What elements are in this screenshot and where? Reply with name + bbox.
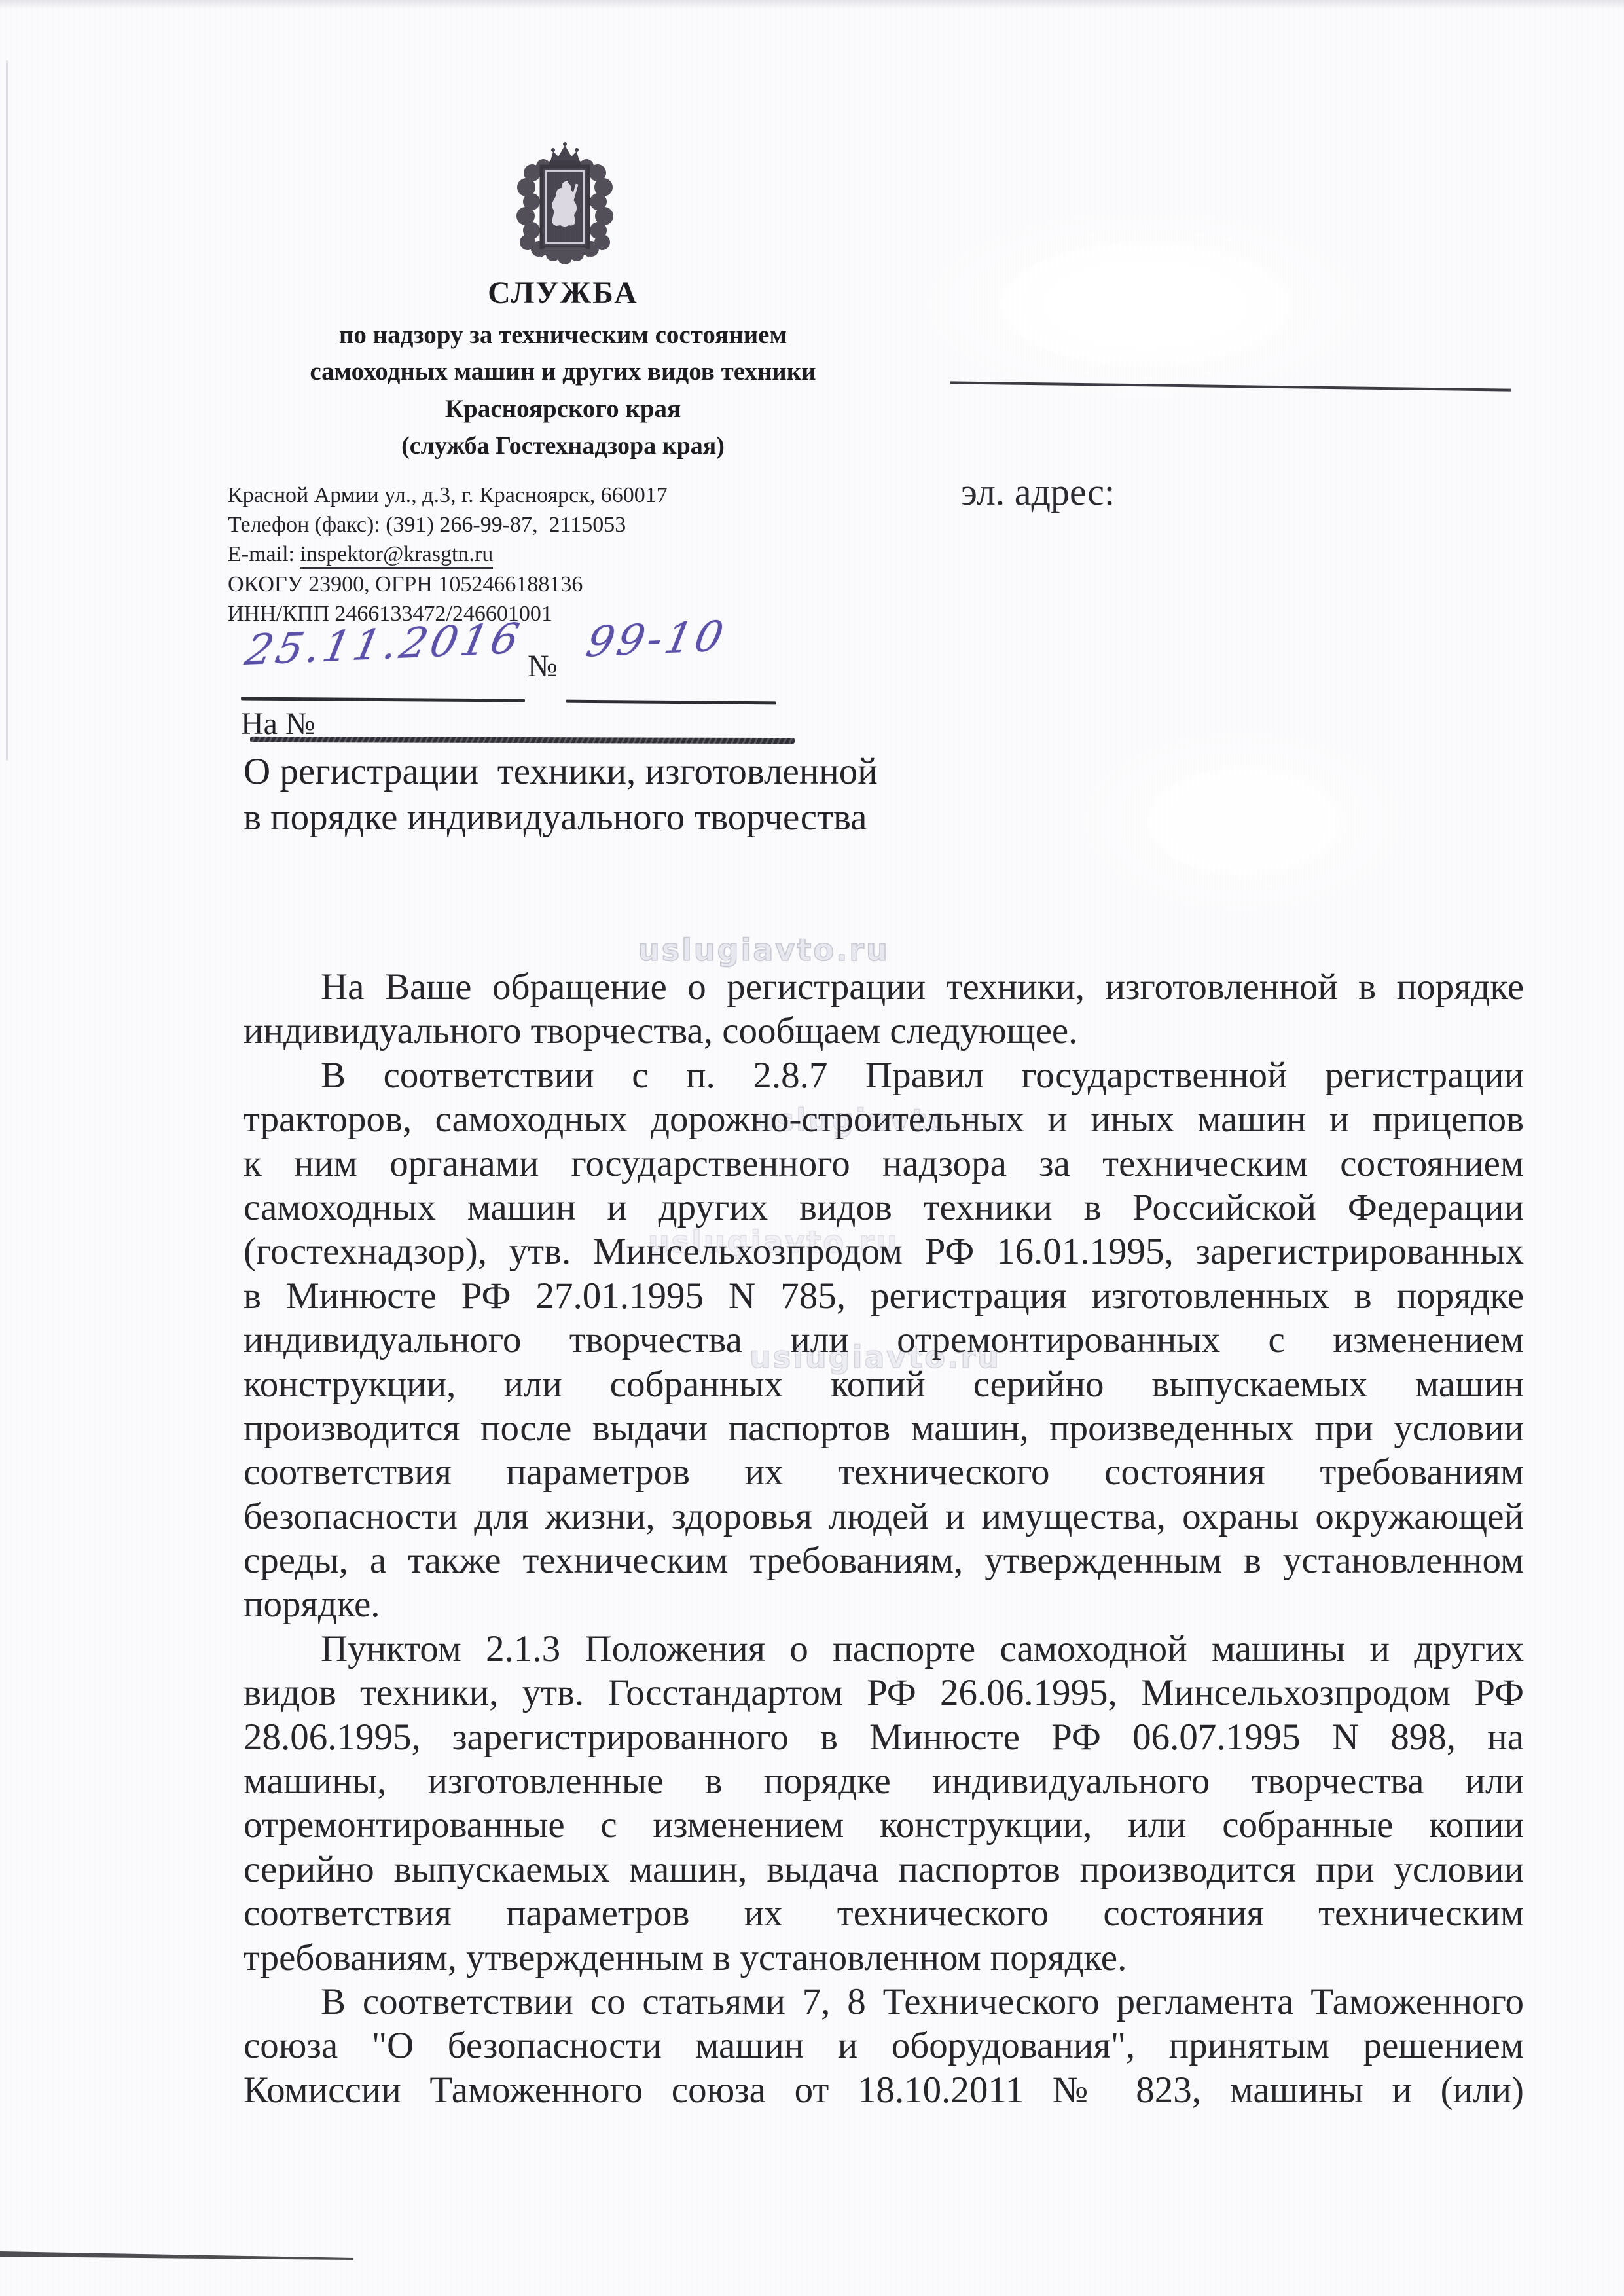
body-text-line: В соответствии с п. 2.8.7 Правил государ… <box>244 1053 1524 1097</box>
addressee-email-label: эл. адрес: <box>961 470 1115 514</box>
body-text-line: Комиссии Таможенного союза от 18.10.2011… <box>244 2068 1524 2112</box>
org-okogu-ogrn: ОКОГУ 23900, ОГРН 1052466188136 <box>228 572 583 597</box>
scan-white-blob-mid-right <box>1074 727 1414 917</box>
body-text-line: (гостехнадзор), утв. Минсельхозпродом РФ… <box>244 1230 1524 1273</box>
body-text-line: 28.06.1995, зарегистрированного в Минюст… <box>244 1715 1524 1759</box>
scanned-letter-page: СЛУЖБА по надзору за техническим состоян… <box>0 0 1624 2296</box>
body-text-line: индивидуального творчества или отремонти… <box>244 1318 1524 1362</box>
body-text-line: отремонтированные с изменением конструкц… <box>244 1803 1524 1847</box>
org-phone: Телефон (факс): (391) 266-99-87, 2115053 <box>228 513 626 538</box>
subject-line-2: в порядке индивидуального творчества <box>244 796 867 839</box>
body-text-line: производится после выдачи паспортов маши… <box>244 1406 1524 1450</box>
letter-body: На Ваше обращение о регистрации техники,… <box>244 965 1524 2112</box>
org-name-line4: Красноярского края <box>193 394 933 424</box>
scan-top-edge-artifact <box>0 0 1624 9</box>
org-postal-address: Красной Армии ул., д.3, г. Красноярск, 6… <box>228 483 668 508</box>
body-text-line: На Ваше обращение о регистрации техники,… <box>244 965 1524 1009</box>
body-text-line: тракторов, самоходных дорожно-строительн… <box>244 1097 1524 1141</box>
body-text-line: В соответствии со статьями 7, 8 Техничес… <box>244 1980 1524 2024</box>
body-text-line: безопасности для жизни, здоровья людей и… <box>244 1495 1524 1539</box>
org-email-line: E-mail: inspektor@krasgtn.ru <box>228 542 493 567</box>
body-text-line: машины, изготовленные в порядке индивиду… <box>244 1759 1524 1803</box>
org-short-name: (служба Гостехнадзора края) <box>193 431 933 460</box>
email-label: E-mail: <box>228 542 300 566</box>
scan-left-edge-line <box>6 60 8 761</box>
body-text-line: в Минюсте РФ 27.01.1995 N 785, регистрац… <box>244 1274 1524 1318</box>
body-text-line: соответствия параметров их технического … <box>244 1450 1524 1494</box>
body-text-line: видов техники, утв. Госстандартом РФ 26.… <box>244 1671 1524 1715</box>
letterhead-divider-rule <box>250 737 795 744</box>
body-text-line: серийно выпускаемых машин, выдача паспор… <box>244 1848 1524 1891</box>
scan-bottom-streak-artifact <box>0 2250 367 2265</box>
body-text-line: самоходных машин и других видов техники … <box>244 1186 1524 1230</box>
body-text-line: союза "О безопасности машин и оборудован… <box>244 2024 1524 2068</box>
org-name-line2: по надзору за техническим состоянием <box>193 320 933 350</box>
org-name-line3: самоходных машин и других видов техники <box>193 357 933 386</box>
body-text-line: Пунктом 2.1.3 Положения о паспорте самох… <box>244 1627 1524 1671</box>
body-text-line: индивидуального творчества, сообщаем сле… <box>244 1009 1524 1053</box>
scan-white-blob-top-right <box>916 206 1375 403</box>
handwritten-outgoing-number: 99-10 <box>582 612 731 666</box>
body-text-line: порядке. <box>244 1582 1524 1626</box>
org-email-address: inspektor@krasgtn.ru <box>300 542 493 569</box>
org-name-title: СЛУЖБА <box>193 275 933 311</box>
watermark-text: uslugiavto.ru <box>638 932 890 968</box>
body-text-line: к ним органами государственного надзора … <box>244 1142 1524 1186</box>
body-text-line: требованиям, утвержденным в установленно… <box>244 1936 1524 1980</box>
krasnoyarsk-krai-coat-of-arms-icon <box>513 139 617 267</box>
addressee-underline <box>950 381 1511 391</box>
number-sign-label: № <box>528 648 558 684</box>
subject-line-1: О регистрации техники, изготовленной <box>244 750 878 793</box>
body-text-line: конструкции, или собранных копий серийно… <box>244 1362 1524 1406</box>
date-underline <box>241 697 525 702</box>
number-underline <box>566 700 776 705</box>
body-text-line: соответствия параметров их технического … <box>244 1891 1524 1935</box>
body-text-line: среды, а также техническим требованиям, … <box>244 1539 1524 1582</box>
